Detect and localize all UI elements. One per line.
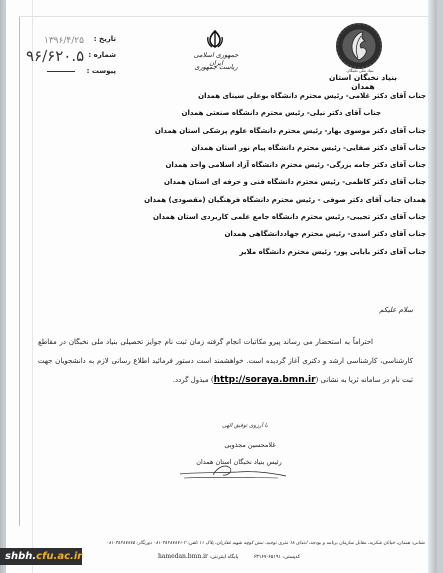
recipient-line: جناب آقای دکتر جامه بزرگی- رئیس محترم دا… bbox=[28, 157, 428, 174]
number-label: شماره : bbox=[86, 51, 116, 59]
recipient-line: همدان جناب آقای دکتر صوفی - رئیس محترم د… bbox=[28, 192, 428, 209]
recipient-line: جناب آقای دکتر کاظمی- رئیس محترم دانشگاه… bbox=[28, 174, 428, 191]
letter-number: ۹۶/۶۲۰.۵ bbox=[26, 47, 84, 65]
closing-phrase: با آرزوی توفیق الهی bbox=[222, 423, 268, 429]
recipient-line: جناب آقای دکتر نیلی- رئیس محترم دانشگاه … bbox=[28, 105, 428, 122]
page-margin-line bbox=[19, 16, 20, 526]
scan-right-edge bbox=[428, 0, 436, 573]
website-link[interactable]: hamedan.bmn.ir bbox=[158, 553, 208, 560]
leaf-emblem-icon bbox=[344, 29, 374, 63]
recipient-line: جناب آقای دکتر صفایی- رئیس محترم دانشگاه… bbox=[28, 140, 428, 157]
date-label: تاریخ : bbox=[86, 35, 116, 43]
page-top-line bbox=[19, 16, 429, 17]
elite-foundation-logo-icon bbox=[336, 23, 382, 69]
watermark-part1: shbh. bbox=[5, 551, 36, 562]
presidency-title: ریاست جمهوری bbox=[186, 63, 246, 71]
website-label: پایگاه اینترنتی: bbox=[209, 555, 238, 560]
page-fold-line bbox=[32, 0, 33, 573]
recipients-list: جناب آقای دکتر غلامی- رئیس محترم دانشگاه… bbox=[28, 88, 428, 261]
footer-contact: کدپستی: ۶۵۱۹۱-۶۳۱۶۷ پایگاه اینترنتی: ham… bbox=[150, 553, 300, 560]
recipient-line: جناب آقای دکتر اسدی- رئیس محترم جهاددانش… bbox=[28, 226, 428, 243]
postal-code: کدپستی: ۶۵۱۹۱-۶۳۱۶۷ bbox=[254, 555, 300, 560]
iran-emblem-icon bbox=[206, 29, 224, 49]
recipient-line: جناب آقای دکتر غلامی- رئیس محترم دانشگاه… bbox=[28, 88, 428, 105]
body-paragraph-part2: ) مبذول گردد. bbox=[173, 376, 214, 384]
letter-body: احتراماً به استحضار می رساند پیرو مکاتبا… bbox=[38, 333, 413, 390]
recipient-line: جناب آقای دکتر تجیبی- رئیس محترم دانشگاه… bbox=[28, 209, 428, 226]
handwritten-signature-icon bbox=[178, 462, 288, 484]
attachment-blank bbox=[47, 71, 75, 72]
attachment-label: پیوست : bbox=[86, 67, 116, 75]
signer-name: غلامحسین مجذوبی bbox=[190, 441, 310, 449]
soraya-link[interactable]: http://soraya.bmn.ir bbox=[214, 375, 316, 385]
watermark-part2: cfu.ac.ir bbox=[36, 551, 82, 562]
footer-address: نشانی: همدان، خیابان شکریه، مقابل سازمان… bbox=[25, 541, 425, 546]
recipient-line: جناب آقای دکتر بابایی پور- رئیس محترم دا… bbox=[28, 244, 428, 261]
date-value: ۱۳۹۶/۴/۲۵ bbox=[44, 36, 84, 46]
salutation: سلام علیکم bbox=[379, 306, 413, 314]
recipient-line: جناب آقای دکتر موسوی بهار- رئیس محترم دا… bbox=[28, 123, 428, 140]
site-watermark: shbh.cfu.ac.ir bbox=[0, 548, 82, 565]
